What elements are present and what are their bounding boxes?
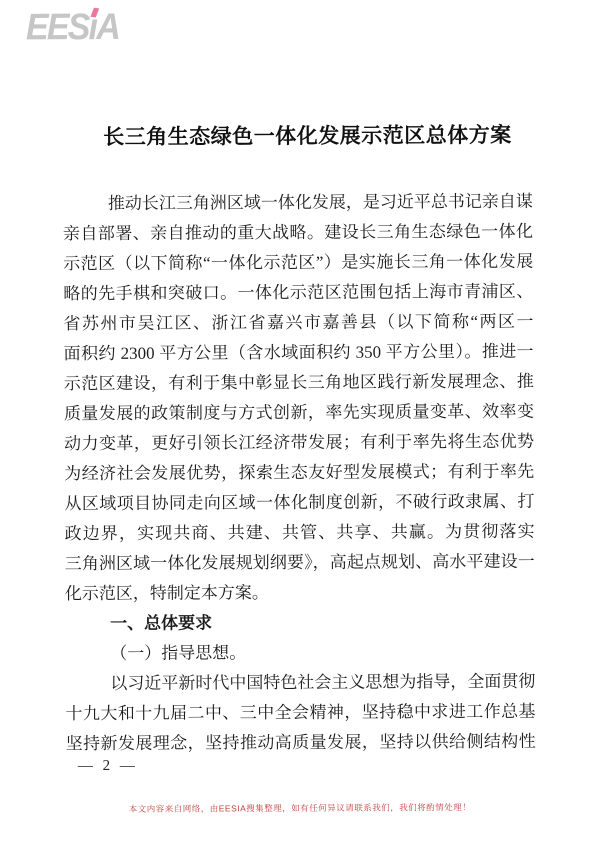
body-line: 以习近平新时代中国特色社会主义思想为指导，全面贯彻党的	[65, 667, 535, 699]
section-heading: 一、总体要求	[65, 607, 535, 639]
body-line: 示范区建设，有利于集中彰显长三角地区践行新发展理念、推动高	[64, 367, 534, 399]
body-line: 省苏州市吴江区、浙江省嘉兴市嘉善县（以下简称“两区一县”），	[63, 307, 533, 339]
body-line: 略的先手棋和突破口。一体化示范区范围包括上海市青浦区、江苏	[63, 277, 533, 309]
body-line: 十九大和十九届二中、三中全会精神，坚持稳中求进工作总基调，	[65, 697, 535, 729]
body-line: 政边界，实现共商、共建、共管、共享、共赢。为贯彻落实《长江	[65, 517, 535, 549]
document-title: 长三角生态绿色一体化发展示范区总体方案	[0, 118, 595, 151]
body-line: 坚持新发展理念，坚持推动高质量发展，坚持以供给侧结构性改革	[66, 727, 536, 759]
body-line: 亲自部署、亲自推动的重大战略。建设长三角生态绿色一体化发展	[63, 217, 533, 249]
document-page: EESıA 长三角生态绿色一体化发展示范区总体方案 推动长江三角洲区域一体化发展…	[0, 0, 596, 842]
body-line: 为经济社会发展优势，探索生态友好型发展模式；有利于率先探索	[64, 457, 534, 489]
body-line: 从区域项目协同走向区域一体化制度创新，不破行政隶属、打破行	[64, 487, 534, 519]
body-line: 推动长江三角洲区域一体化发展，是习近平总书记亲自谋划、	[63, 187, 533, 219]
page-number: — 2 —	[78, 758, 138, 775]
body-line: 质量发展的政策制度与方式创新，率先实现质量变革、效率变革、	[64, 397, 534, 429]
body-line: （一）指导思想。	[65, 637, 535, 669]
footer-disclaimer: 本文内容来自网络，由EESIA搜集整理，如有任何异议请联系我们，我们将酌情处理！	[2, 800, 596, 815]
body-line: 动力变革，更好引领长江经济带发展；有利于率先将生态优势转化	[64, 427, 534, 459]
document-body: 推动长江三角洲区域一体化发展，是习近平总书记亲自谋划、亲自部署、亲自推动的重大战…	[63, 187, 536, 759]
logo-text-left: EES	[26, 6, 89, 47]
body-line: 示范区（以下简称“一体化示范区”）是实施长三角一体化发展战	[63, 247, 533, 279]
logo-text-right: A	[96, 6, 119, 47]
body-line: 面积约 2300 平方公里（含水域面积约 350 平方公里）。推进一体化	[64, 337, 534, 369]
body-line: 化示范区，特制定本方案。	[65, 577, 535, 609]
logo-letter-i: ı	[88, 7, 96, 47]
eesia-logo: EESıA	[26, 7, 119, 47]
body-line: 三角洲区域一体化发展规划纲要》，高起点规划、高水平建设一体	[65, 547, 535, 579]
